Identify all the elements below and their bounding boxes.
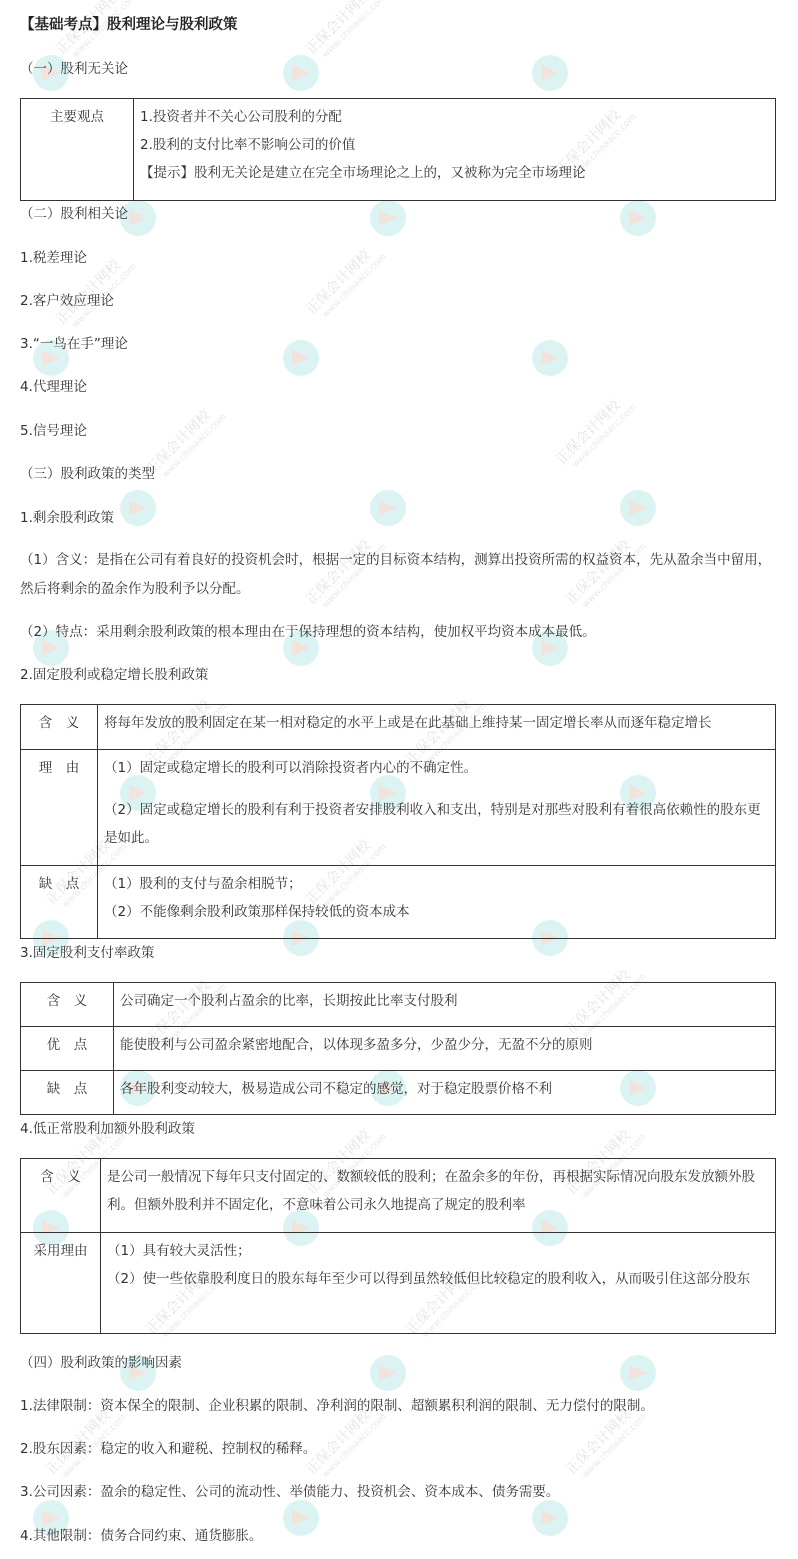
section-heading-4: （四）股利政策的影响因素 xyxy=(20,1353,182,1373)
policy-feature: （2）特点：采用剩余股利政策的根本理由在于保持理想的资本结构，使加权平均资本成本… xyxy=(20,618,780,647)
policy-meaning: （1）含义：是指在公司有着良好的投资机会时，根据一定的目标资本结构，测算出投资所… xyxy=(20,546,780,604)
table-cell-line: （2）使一些依靠股利度日的股东每年至少可以得到虽然较低但比较稳定的股利收入，从而… xyxy=(107,1265,769,1293)
list-item: 5.信号理论 xyxy=(20,421,87,441)
table-content-cell: （1）固定或稳定增长的股利可以消除投资者内心的不确定性。 （2）固定或稳定增长的… xyxy=(98,750,776,866)
table-cell-line: 将每年发放的股利固定在某一相对稳定的水平上或是在此基础上维持某一固定增长率从而逐… xyxy=(104,709,769,737)
policy-title: 2.固定股利或稳定增长股利政策 xyxy=(20,665,208,685)
table-label-cell: 主要观点 xyxy=(21,99,134,201)
table-content-cell: （1）股利的支付与盈余相脱节； （2）不能像剩余股利政策那样保持较低的资本成本 xyxy=(98,866,776,939)
fixed-dividend-table: 含 义 将每年发放的股利固定在某一相对稳定的水平上或是在此基础上维持某一固定增长… xyxy=(20,704,776,939)
fixed-payout-ratio-table: 含 义 公司确定一个股利占盈余的比率，长期按此比率支付股利 优 点 能使股利与公… xyxy=(20,982,776,1115)
table-content-cell: 是公司一般情况下每年只支付固定的、数额较低的股利；在盈余多的年份，再根据实际情况… xyxy=(101,1159,776,1233)
table-cell-line: 各年股利变动较大，极易造成公司不稳定的感觉，对于稳定股票价格不利 xyxy=(120,1075,769,1103)
table-row: 采用理由 （1）具有较大灵活性； （2）使一些依靠股利度日的股东每年至少可以得到… xyxy=(21,1233,776,1334)
table-row: 含 义 是公司一般情况下每年只支付固定的、数额较低的股利；在盈余多的年份，再根据… xyxy=(21,1159,776,1233)
table-content-cell: 公司确定一个股利占盈余的比率，长期按此比率支付股利 xyxy=(114,983,776,1027)
table-cell-line: 公司确定一个股利占盈余的比率，长期按此比率支付股利 xyxy=(120,987,769,1015)
table-content-cell: 1.投资者并不关心公司股利的分配 2.股利的支付比率不影响公司的价值 【提示】股… xyxy=(134,99,776,201)
low-regular-extra-dividend-table: 含 义 是公司一般情况下每年只支付固定的、数额较低的股利；在盈余多的年份，再根据… xyxy=(20,1158,776,1334)
table-label-cell: 理 由 xyxy=(21,750,98,866)
list-item: 3.公司因素：盈余的稳定性、公司的流动性、举债能力、投资机会、资本成本、债务需要… xyxy=(20,1482,559,1502)
list-item: 3.“一鸟在手”理论 xyxy=(20,334,128,354)
table-cell-line: （2）固定或稳定增长的股利有利于投资者安排股利收入和支出，特别是对那些对股利有着… xyxy=(104,796,769,852)
table-cell-line: （1）固定或稳定增长的股利可以消除投资者内心的不确定性。 xyxy=(104,754,769,782)
table-row: 含 义 公司确定一个股利占盈余的比率，长期按此比率支付股利 xyxy=(21,983,776,1027)
list-item: 4.代理理论 xyxy=(20,377,87,397)
list-item: 2.客户效应理论 xyxy=(20,291,114,311)
table-label-cell: 含 义 xyxy=(21,983,114,1027)
table-content-cell: 能使股利与公司盈余紧密地配合，以体现多盈多分，少盈少分，无盈不分的原则 xyxy=(114,1027,776,1071)
section-heading-3: （三）股利政策的类型 xyxy=(20,464,155,484)
list-item: 2.股东因素：稳定的收入和避税、控制权的稀释。 xyxy=(20,1439,316,1459)
table-cell-line: 2.股利的支付比率不影响公司的价值 xyxy=(140,131,769,159)
table-cell-line: 是公司一般情况下每年只支付固定的、数额较低的股利；在盈余多的年份，再根据实际情况… xyxy=(107,1163,769,1219)
list-item: 1.税差理论 xyxy=(20,248,87,268)
table-row: 含 义 将每年发放的股利固定在某一相对稳定的水平上或是在此基础上维持某一固定增长… xyxy=(21,705,776,750)
table-row: 优 点 能使股利与公司盈余紧密地配合，以体现多盈多分，少盈少分，无盈不分的原则 xyxy=(21,1027,776,1071)
page-title: 【基础考点】股利理论与股利政策 xyxy=(20,15,238,35)
document-content: 【基础考点】股利理论与股利政策 （一）股利无关论 主要观点 1.投资者并不关心公… xyxy=(0,0,798,1559)
policy-title: 1.剩余股利政策 xyxy=(20,508,114,528)
table-content-cell: 各年股利变动较大，极易造成公司不稳定的感觉，对于稳定股票价格不利 xyxy=(114,1071,776,1115)
list-item: 1.法律限制：资本保全的限制、企业积累的限制、净利润的限制、超额累积利润的限制、… xyxy=(20,1396,654,1416)
table-content-cell: 将每年发放的股利固定在某一相对稳定的水平上或是在此基础上维持某一固定增长率从而逐… xyxy=(98,705,776,750)
table-label-cell: 优 点 xyxy=(21,1027,114,1071)
table-cell-line: 1.投资者并不关心公司股利的分配 xyxy=(140,103,769,131)
table-label-cell: 缺 点 xyxy=(21,866,98,939)
section-heading-2: （二）股利相关论 xyxy=(20,204,128,224)
table-label-cell: 含 义 xyxy=(21,705,98,750)
table-row: 缺 点 （1）股利的支付与盈余相脱节； （2）不能像剩余股利政策那样保持较低的资… xyxy=(21,866,776,939)
table-content-cell: （1）具有较大灵活性； （2）使一些依靠股利度日的股东每年至少可以得到虽然较低但… xyxy=(101,1233,776,1334)
table-cell-line: （1）股利的支付与盈余相脱节； xyxy=(104,870,769,898)
table-row: 主要观点 1.投资者并不关心公司股利的分配 2.股利的支付比率不影响公司的价值 … xyxy=(21,99,776,201)
table-cell-line: （2）不能像剩余股利政策那样保持较低的资本成本 xyxy=(104,898,769,926)
table-cell-line: （1）具有较大灵活性； xyxy=(107,1237,769,1265)
table-label-cell: 缺 点 xyxy=(21,1071,114,1115)
table-row: 理 由 （1）固定或稳定增长的股利可以消除投资者内心的不确定性。 （2）固定或稳… xyxy=(21,750,776,866)
table-cell-line: 【提示】股利无关论是建立在完全市场理论之上的，又被称为完全市场理论 xyxy=(140,159,769,187)
policy-title: 3.固定股利支付率政策 xyxy=(20,943,154,963)
section-heading-1: （一）股利无关论 xyxy=(20,59,128,79)
table-label-cell: 采用理由 xyxy=(21,1233,101,1334)
dividend-irrelevance-table: 主要观点 1.投资者并不关心公司股利的分配 2.股利的支付比率不影响公司的价值 … xyxy=(20,98,776,201)
list-item: 4.其他限制：债务合同约束、通货膨胀。 xyxy=(20,1526,262,1546)
table-row: 缺 点 各年股利变动较大，极易造成公司不稳定的感觉，对于稳定股票价格不利 xyxy=(21,1071,776,1115)
table-label-cell: 含 义 xyxy=(21,1159,101,1233)
table-cell-line: 能使股利与公司盈余紧密地配合，以体现多盈多分，少盈少分，无盈不分的原则 xyxy=(120,1031,769,1059)
policy-title: 4.低正常股利加额外股利政策 xyxy=(20,1119,195,1139)
